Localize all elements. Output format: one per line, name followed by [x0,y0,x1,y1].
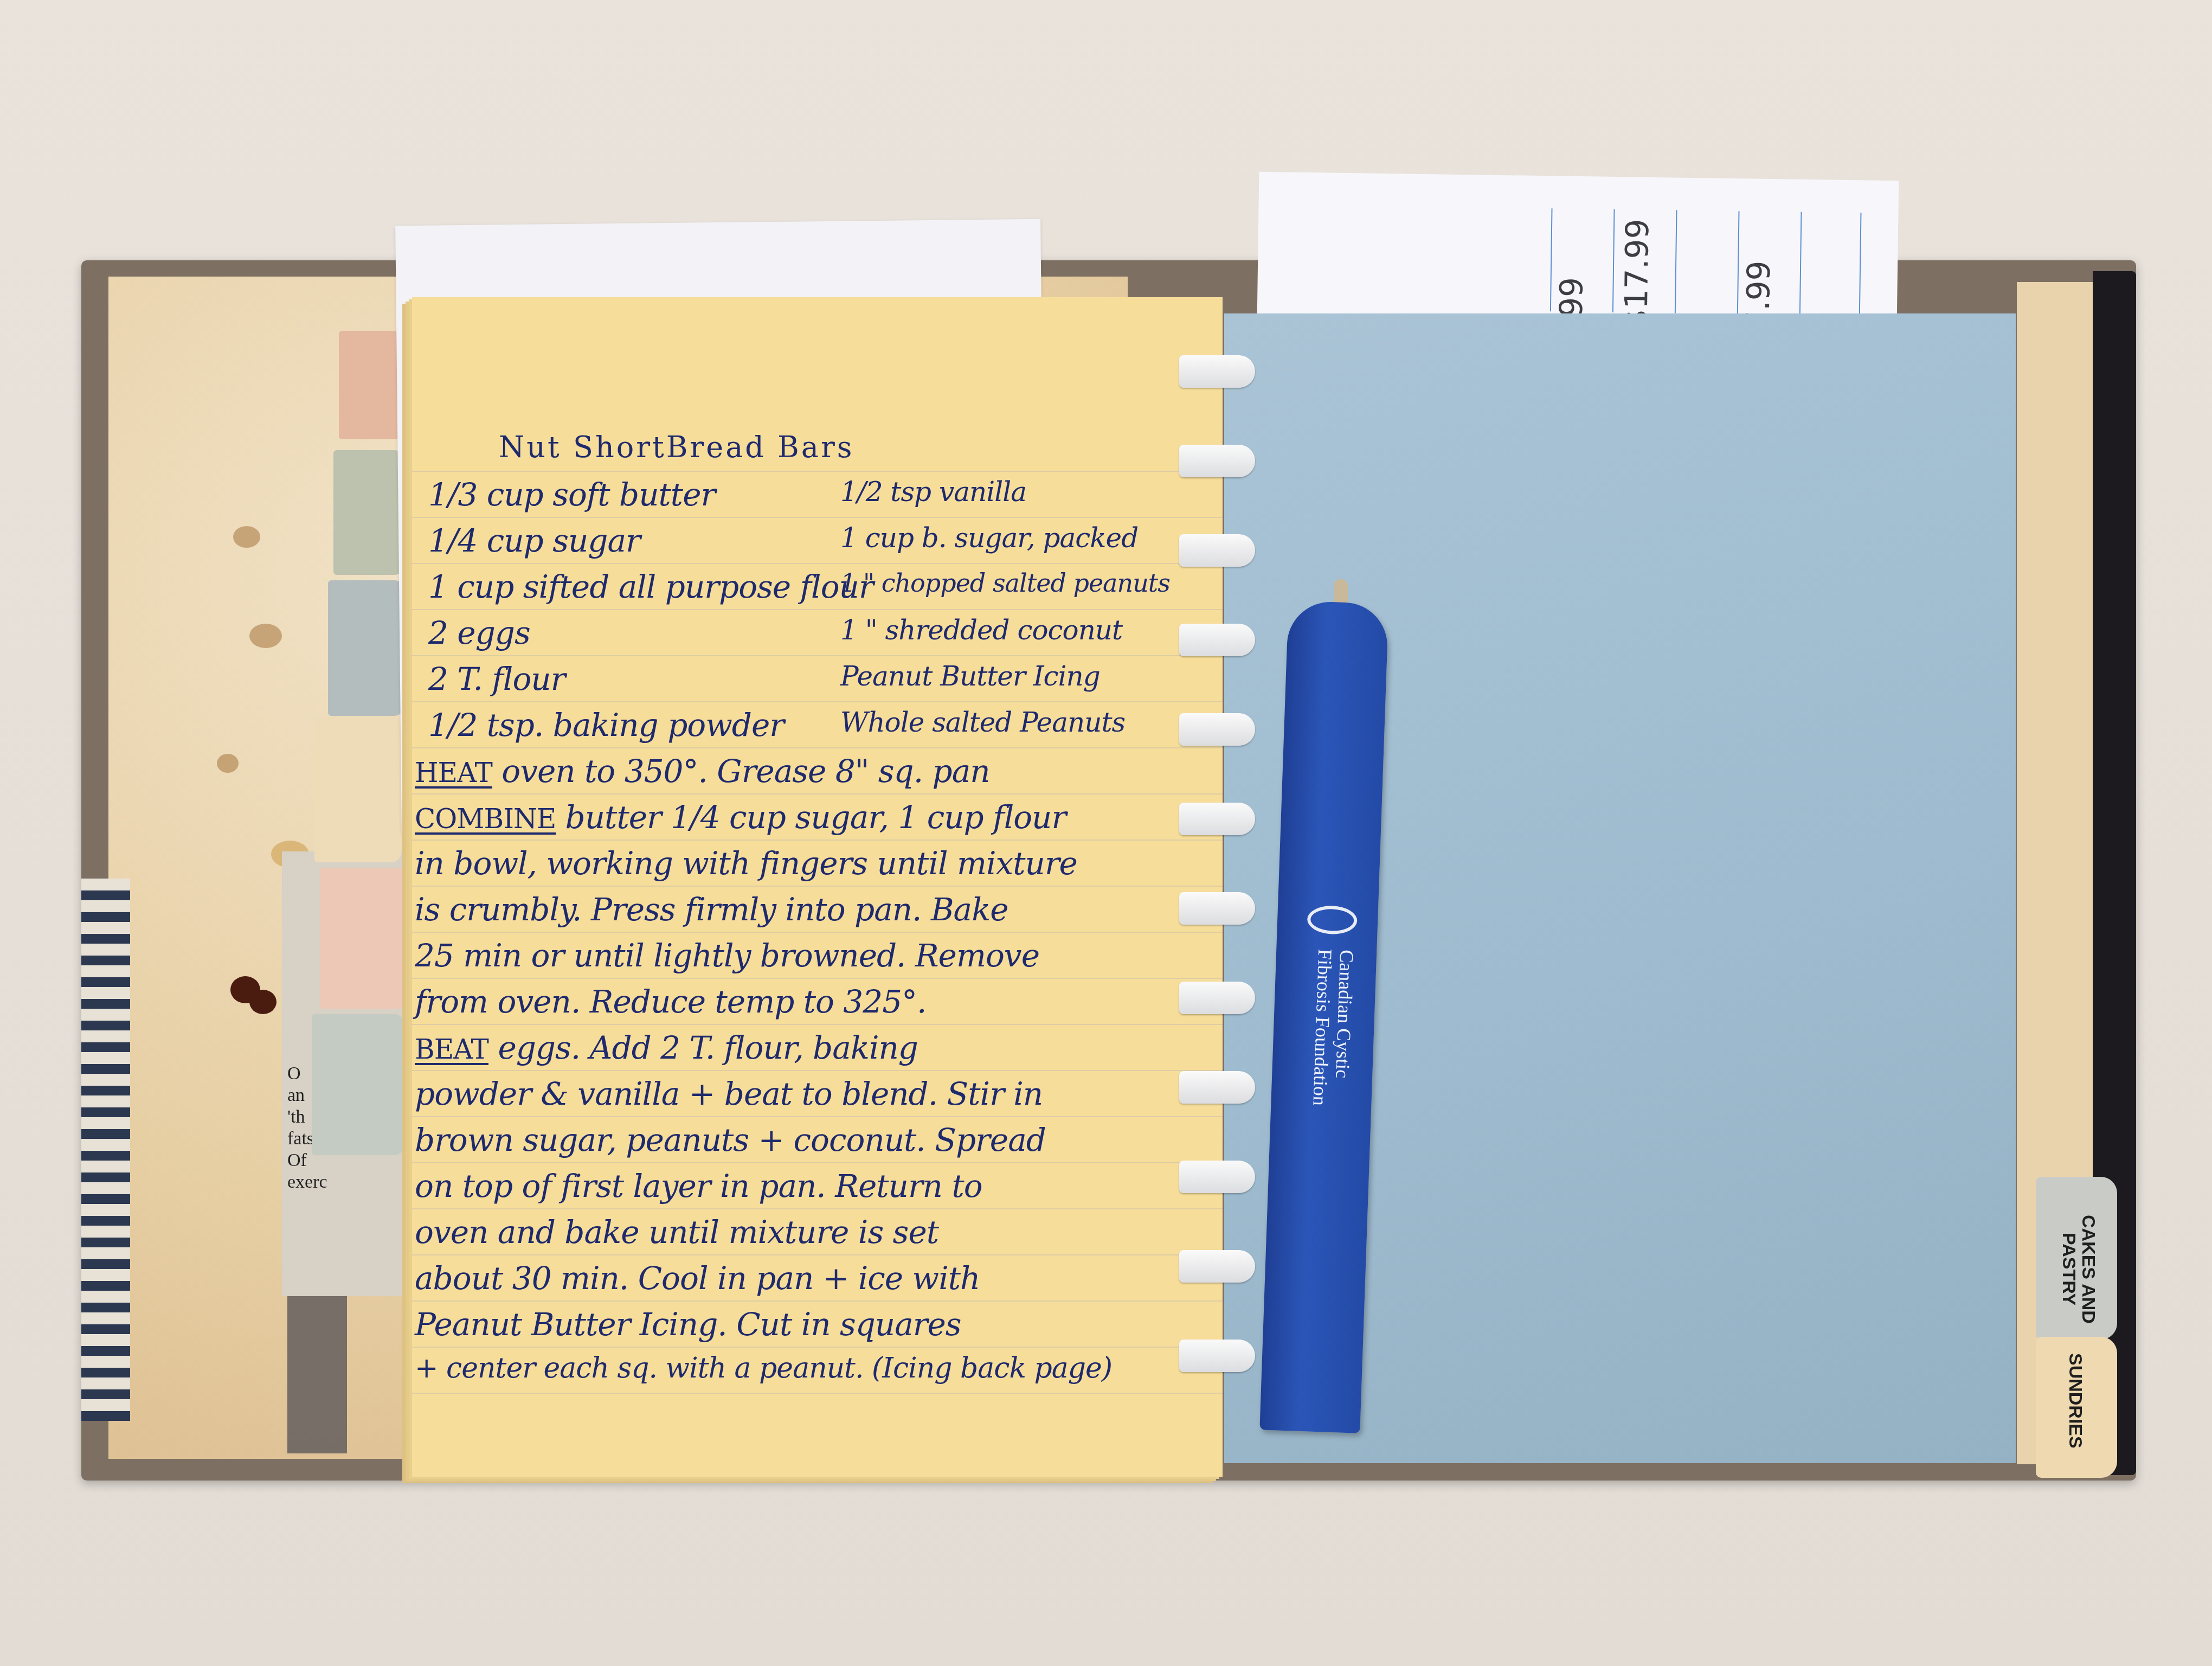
method-line: from oven. Reduce temp to 325°. [415,983,927,1020]
method-line: oven and bake until mixture is set [415,1214,938,1251]
spiral-ring [1179,1161,1255,1193]
ingredient: 1/2 tsp. baking powder [428,707,784,744]
spiral-ring [1179,445,1255,477]
index-tab-cream[interactable] [314,716,401,862]
clip-fragment: exerc [287,1171,327,1193]
method-line: powder & vanilla + beat to blend. Stir i… [415,1075,1043,1112]
ingredient: 1/3 cup soft butter [428,476,715,513]
receipt-amount: 99 [1553,277,1590,318]
index-tab-sage[interactable] [312,1014,404,1155]
ingredient: 1 cup sifted all purpose flour [428,568,873,605]
ingredient: 2 eggs [428,614,530,651]
index-tab-gray[interactable] [328,580,404,716]
spiral-ring [1179,803,1255,835]
index-tab-pink[interactable] [339,331,404,439]
method-line: 25 min or until lightly browned. Remove [415,937,1039,974]
ingredient: 1 " chopped salted peanuts [840,568,1170,598]
spiral-ring [1179,892,1255,925]
spiral-ring [1179,1071,1255,1104]
spiral-ring [1179,982,1255,1014]
ingredient: 1 cup b. sugar, packed [840,522,1138,554]
striped-paper-edge [81,879,130,1421]
pen-brand-line1: Canadian Cystic [1332,950,1358,1079]
method-line: on top of first layer in pan. Return to [415,1168,982,1204]
ingredient: 1/2 tsp vanilla [840,476,1026,508]
spiral-ring [1179,1250,1255,1283]
method-line: COMBINE butter 1/4 cup sugar, 1 cup flou… [415,799,1066,836]
ingredient: 2 T. flour [428,661,565,697]
ingredient: 1/4 cup sugar [428,522,640,559]
recipe-title: Nut ShortBread Bars [499,430,854,464]
method-line: brown sugar, peanuts + coconut. Spread [415,1122,1046,1158]
method-line: in bowl, working with fingers until mixt… [415,845,1077,882]
ingredient: Peanut Butter Icing [840,661,1100,692]
ingredient: Whole salted Peanuts [840,707,1125,738]
method-line: BEAT eggs. Add 2 T. flour, baking [415,1029,918,1066]
method-line: about 30 min. Cool in pan + ice with [415,1260,980,1297]
spiral-ring [1179,713,1255,746]
spiral-ring [1179,534,1255,567]
tab-sundries[interactable]: SUNDRIES [2036,1337,2117,1478]
receipt-amount: $17.99 [1617,219,1656,329]
tab-cakes-and-pastry[interactable]: CAKES AND PASTRY [2036,1177,2117,1340]
pen-brand-line2: Fibrosis Foundation [1309,949,1336,1106]
recipe-card: Nut ShortBread Bars 1/3 cup soft butter … [412,297,1223,1477]
ingredient: 1 " shredded coconut [840,614,1122,646]
method-line: HEAT oven to 350°. Grease 8" sq. pan [415,753,990,790]
index-tab-peach[interactable] [320,868,407,1009]
cf-foundation-logo-icon [1307,905,1358,935]
spiral-ring [1179,1340,1255,1372]
method-line: + center each sq. with a peanut. (Icing … [415,1352,1112,1385]
spiral-ring [1179,624,1255,656]
method-line: Peanut Butter Icing. Cut in squares [415,1306,961,1343]
index-tab-green[interactable] [333,450,404,575]
method-line: is crumbly. Press firmly into pan. Bake [415,891,1008,928]
spiral-ring [1179,355,1255,388]
